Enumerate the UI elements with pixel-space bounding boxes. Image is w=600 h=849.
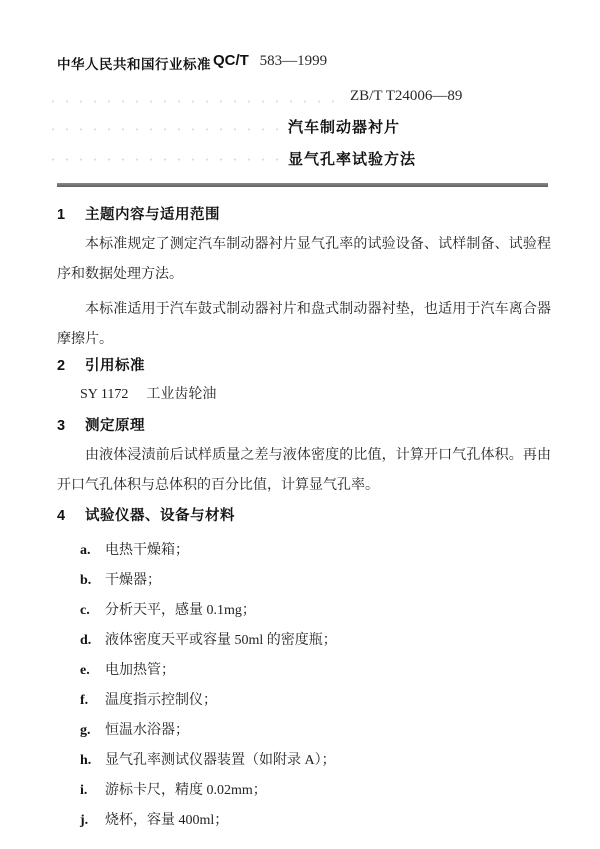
equipment-item-text: 显气孔率测试仪器装置（如附录 A）； xyxy=(105,753,336,768)
equipment-item: i.游标卡尺，精度 0.02mm； xyxy=(57,776,551,806)
equipment-item-text: 恒温水浴器； xyxy=(105,723,189,738)
equipment-item-letter: h. xyxy=(80,746,105,776)
referenced-standard-name: 工业齿轮油 xyxy=(146,387,216,402)
section-4-number: 4 xyxy=(57,501,85,531)
equipment-item-letter: a. xyxy=(80,536,105,566)
equipment-item: g.恒温水浴器； xyxy=(57,716,551,746)
equipment-item-letter: j. xyxy=(80,806,105,836)
equipment-item-letter: e. xyxy=(80,656,105,686)
equipment-item-letter: i. xyxy=(80,776,105,806)
section-3-number: 3 xyxy=(57,411,85,441)
equipment-item: a.电热干燥箱； xyxy=(57,536,551,566)
equipment-item: h.显气孔率测试仪器装置（如附录 A）； xyxy=(57,746,551,776)
document-title: 汽车制动器衬片 xyxy=(288,116,400,137)
jurisdiction-label: 中华人民共和国行业标准 xyxy=(57,53,211,73)
section-1-paragraph: 本标准适用于汽车鼓式制动器衬片和盘式制动器衬垫，也适用于汽车离合器摩擦片。 xyxy=(57,295,551,355)
equipment-item-text: 分析天平，感量 0.1mg； xyxy=(105,603,256,618)
referenced-standard-code: SY 1172 xyxy=(80,387,128,402)
section-3-title: 测定原理 xyxy=(85,418,145,434)
equipment-item: f.温度指示控制仪； xyxy=(57,686,551,716)
referenced-standard: SY 1172工业齿轮油 xyxy=(80,380,216,410)
equipment-item-text: 液体密度天平或容量 50ml 的密度瓶； xyxy=(105,633,337,648)
section-2-heading: 2引用标准 xyxy=(57,351,145,381)
standard-code-prefix: QC/T xyxy=(213,52,249,69)
equipment-item-text: 干燥器； xyxy=(105,573,161,588)
equipment-item-text: 电加热管； xyxy=(105,663,175,678)
document-page: 中华人民共和国行业标准 QC/T 583—1999 ZB/T T24006—89… xyxy=(0,0,600,849)
standard-code-number: 583—1999 xyxy=(260,53,328,69)
section-3-heading: 3测定原理 xyxy=(57,411,145,441)
section-4-title: 试验仪器、设备与材料 xyxy=(85,508,235,524)
standard-code: QC/T 583—1999 xyxy=(213,52,327,70)
equipment-item-text: 烧杯，容量 400ml； xyxy=(105,813,228,828)
equipment-item-letter: g. xyxy=(80,716,105,746)
scan-artifact-dots xyxy=(46,100,344,103)
section-4-heading: 4试验仪器、设备与材料 xyxy=(57,501,235,531)
equipment-item-text: 电热干燥箱； xyxy=(105,543,189,558)
equipment-item-letter: b. xyxy=(80,566,105,596)
document-subtitle: 显气孔率试验方法 xyxy=(288,148,416,169)
section-2-title: 引用标准 xyxy=(85,358,145,374)
equipment-item-text: 温度指示控制仪； xyxy=(105,693,217,708)
header-rule xyxy=(57,183,548,187)
section-1-title: 主题内容与适用范围 xyxy=(85,207,220,223)
equipment-item-letter: c. xyxy=(80,596,105,626)
equipment-item-letter: d. xyxy=(80,626,105,656)
equipment-item: j.烧杯，容量 400ml； xyxy=(57,806,551,836)
equipment-item: c.分析天平，感量 0.1mg； xyxy=(57,596,551,626)
section-3-paragraph: 由液体浸渍前后试样质量之差与液体密度的比值，计算开口气孔体积。再由开口气孔体积与… xyxy=(57,441,551,501)
equipment-item-text: 游标卡尺，精度 0.02mm； xyxy=(105,783,267,798)
section-1-paragraph: 本标准规定了测定汽车制动器衬片显气孔率的试验设备、试样制备、试验程序和数据处理方… xyxy=(57,230,551,290)
equipment-item: e.电加热管； xyxy=(57,656,551,686)
section-2-number: 2 xyxy=(57,351,85,381)
section-1-heading: 1主题内容与适用范围 xyxy=(57,200,220,230)
equipment-item: d.液体密度天平或容量 50ml 的密度瓶； xyxy=(57,626,551,656)
superseded-standard-code: ZB/T T24006—89 xyxy=(350,88,462,105)
equipment-item: b.干燥器； xyxy=(57,566,551,596)
section-1-number: 1 xyxy=(57,200,85,230)
scan-artifact-dots xyxy=(46,158,278,161)
equipment-list: a.电热干燥箱； b.干燥器； c.分析天平，感量 0.1mg； d.液体密度天… xyxy=(57,536,551,836)
equipment-item-letter: f. xyxy=(80,686,105,716)
scan-artifact-dots xyxy=(46,128,278,131)
